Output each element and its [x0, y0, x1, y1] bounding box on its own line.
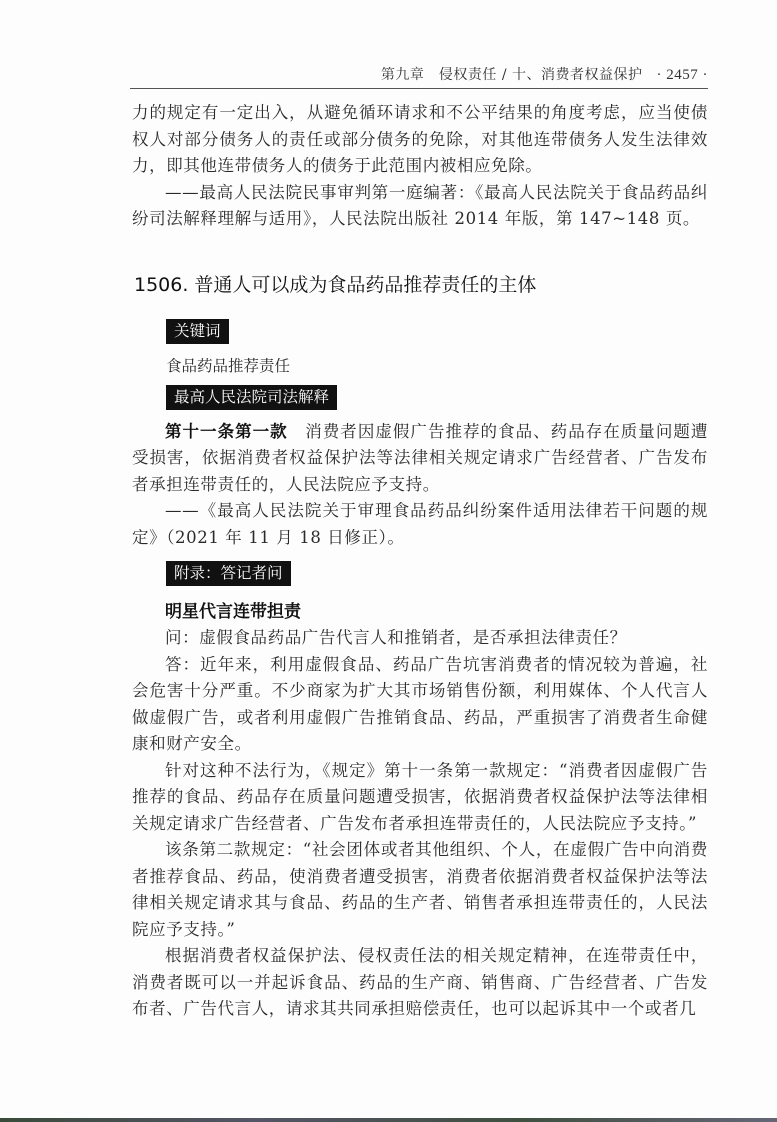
qa-paragraph: 针对这种不法行为，《规定》第十一条第一款规定：“消费者因虚假广告推荐的食品、药品… [132, 758, 708, 838]
keyword-tag-row: 关键词 [132, 319, 708, 345]
appendix-tag-row: 附录：答记者问 [132, 561, 708, 587]
page-bottom-edge [0, 1118, 777, 1122]
qa-paragraph: 问：虚假食品药品广告代言人和推销者，是否承担法律责任？ [132, 625, 708, 652]
section-title: 1506. 普通人可以成为食品药品推荐责任的主体 [134, 271, 708, 299]
continuation-citation: ——最高人民法院民事审判第一庭编著：《最高人民法院关于食品药品纠纷司法解释理解与… [132, 180, 708, 233]
continuation-paragraph: 力的规定有一定出入，从避免循环请求和不公平结果的角度考虑，应当使债权人对部分债务… [132, 100, 708, 180]
keyword-tag: 关键词 [166, 319, 229, 344]
running-header: 第九章 侵权责任 / 十、消费者权益保护· 2457 · [130, 64, 708, 89]
chapter-title: 第九章 侵权责任 / 十、消费者权益保护 [381, 67, 643, 83]
appendix-subhead: 明星代言连带担责 [165, 599, 708, 625]
keyword-text: 食品药品推荐责任 [166, 353, 708, 379]
page-body: 力的规定有一定出入，从避免循环请求和不公平结果的角度考虑，应当使债权人对部分债务… [132, 100, 708, 1023]
appendix-tag: 附录：答记者问 [166, 561, 291, 586]
qa-paragraph: 答：近年来，利用虚假食品、药品广告坑害消费者的情况较为普遍，社会危害十分严重。不… [132, 652, 708, 758]
interpretation-tag: 最高人民法院司法解释 [166, 385, 337, 410]
qa-paragraph: 根据消费者权益保护法、侵权责任法的相关规定精神，在连带责任中，消费者既可以一并起… [132, 943, 708, 1023]
page-number: · 2457 · [657, 67, 709, 83]
qa-paragraph: 该条第二款规定：“社会团体或者其他组织、个人，在虚假广告中向消费者推荐食品、药品… [132, 837, 708, 943]
article-citation: ——《最高人民法院关于审理食品药品纠纷案件适用法律若干问题的规定》（2021 年… [132, 498, 708, 551]
article-paragraph: 第十一条第一款 消费者因虚假广告推荐的食品、药品存在质量问题遭受损害，依据消费者… [132, 419, 708, 499]
article-label: 第十一条第一款 [165, 422, 288, 441]
interpretation-tag-row: 最高人民法院司法解释 [132, 385, 708, 411]
